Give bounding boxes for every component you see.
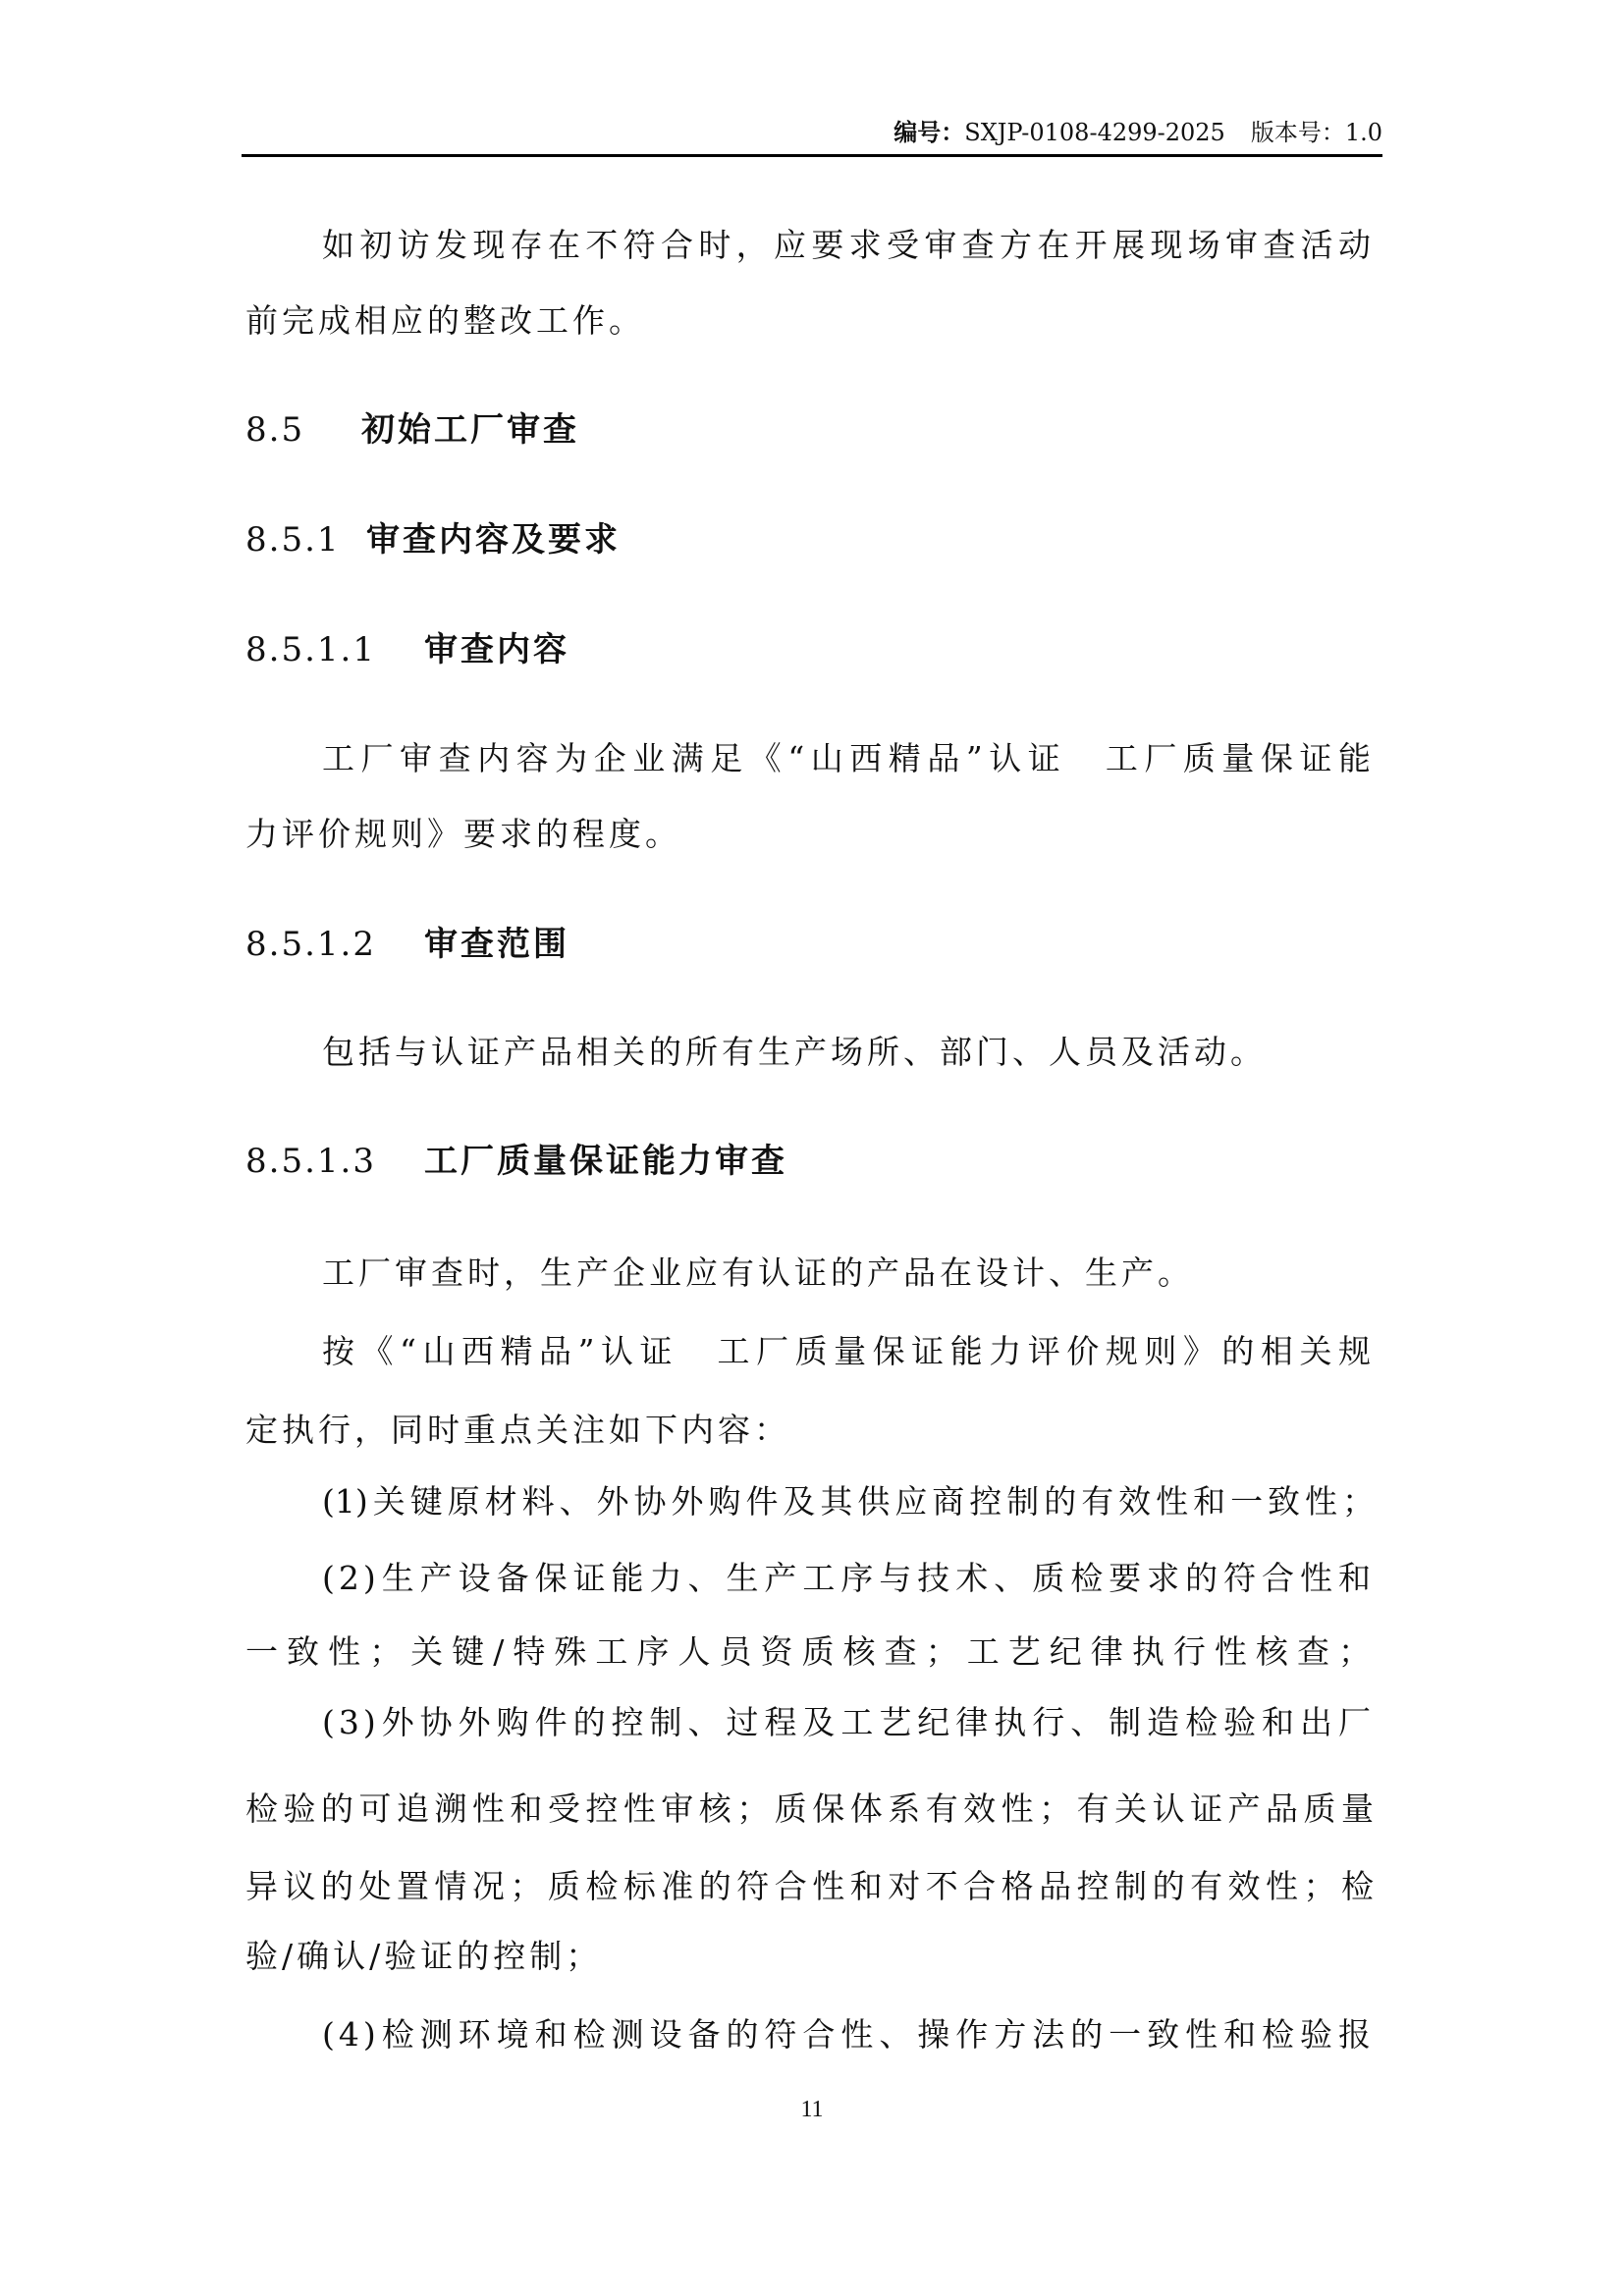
section-title: 工厂质量保证能力审查 [424, 1139, 787, 1184]
version-value: 1.0 [1345, 119, 1382, 146]
paragraph-line: 定执行，同时重点关注如下内容： [245, 1409, 1375, 1452]
paragraph-line: 前完成相应的整改工作。 [245, 299, 1375, 343]
document-code-value: SXJP-0108-4299-2025 [964, 119, 1225, 146]
paragraph-line: 如初访发现存在不符合时，应要求受审查方在开展现场审查活动 [322, 224, 1375, 267]
section-title: 审查内容及要求 [366, 517, 621, 562]
section-number: 8.5.1 [245, 520, 341, 560]
section-heading-8-5-1-3: 8.5.1.3 工厂质量保证能力审查 [245, 1139, 933, 1184]
section-number: 8.5.1.3 [245, 1142, 376, 1181]
section-title: 审查内容 [424, 627, 569, 672]
paragraph-line: 工厂审查时，生产企业应有认证的产品在设计、生产。 [322, 1252, 1375, 1295]
page-number: 11 [0, 2095, 1624, 2124]
list-item-2: (2)生产设备保证能力、生产工序与技术、质检要求的符合性和 [322, 1557, 1375, 1600]
section-title: 审查范围 [424, 922, 569, 967]
section-heading-8-5-1-2: 8.5.1.2 审查范围 [245, 922, 835, 967]
paragraph-line: 验/确认/验证的控制； [245, 1935, 1375, 1978]
list-item-3: (3)外协外购件的控制、过程及工艺纪律执行、制造检验和出厂 [322, 1701, 1375, 1744]
paragraph-line: 检验的可追溯性和受控性审核；质保体系有效性；有关认证产品质量 [245, 1788, 1375, 1831]
section-heading-8-5: 8.5 初始工厂审查 [245, 407, 736, 453]
section-heading-8-5-1-1: 8.5.1.1 审查内容 [245, 627, 835, 672]
document-header: 编号：SXJP-0108-4299-2025版本号：1.0 [242, 113, 1382, 152]
document-code-label: 编号： [893, 118, 964, 146]
section-number: 8.5 [245, 410, 304, 450]
list-item-1: (1)关键原材料、外协外购件及其供应商控制的有效性和一致性； [322, 1480, 1375, 1523]
paragraph-line: 包括与认证产品相关的所有生产场所、部门、人员及活动。 [322, 1031, 1375, 1074]
version-label: 版本号： [1251, 119, 1345, 146]
section-number: 8.5.1.1 [245, 630, 376, 669]
list-item-4: (4)检测环境和检测设备的符合性、操作方法的一致性和检验报 [322, 2013, 1375, 2056]
paragraph-line: 工厂审查内容为企业满足《“山西精品”认证 工厂质量保证能 [322, 737, 1375, 780]
paragraph-line: 异议的处置情况；质检标准的符合性和对不合格品控制的有效性；检 [245, 1865, 1375, 1908]
section-number: 8.5.1.2 [245, 925, 376, 964]
paragraph-line: 一致性；关键/特殊工序人员资质核查；工艺纪律执行性核查； [245, 1630, 1375, 1674]
section-title: 初始工厂审查 [361, 407, 579, 453]
header-rule [242, 154, 1382, 157]
paragraph-line: 力评价规则》要求的程度。 [245, 813, 1375, 856]
paragraph-line: 按《“山西精品”认证 工厂质量保证能力评价规则》的相关规 [322, 1330, 1375, 1373]
section-heading-8-5-1: 8.5.1 审查内容及要求 [245, 517, 835, 562]
